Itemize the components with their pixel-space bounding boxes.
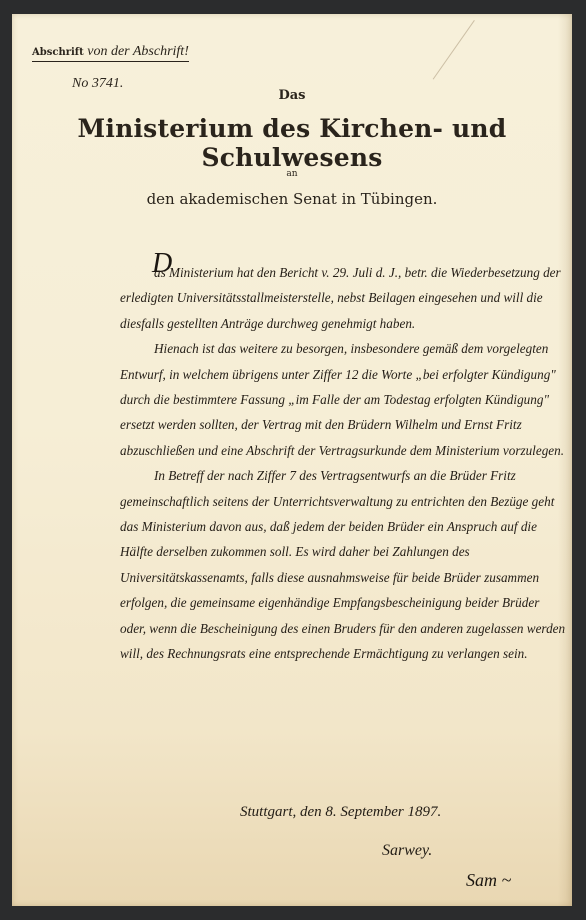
paraph-initials: Sam ~ [466, 870, 511, 891]
paper-crease [433, 20, 475, 80]
paragraph-2: Hienach ist das weitere zu besorgen, ins… [120, 336, 568, 463]
copy-stamp-label: Abschrift [32, 47, 84, 58]
signature: Sarwey. [382, 842, 432, 860]
paragraph-1: as Ministerium hat den Bericht v. 29. Ju… [120, 260, 568, 336]
place-and-date: Stuttgart, den 8. September 1897. [240, 804, 441, 821]
header-ministry-title: Ministerium des Kirchen- und Schulwesens [12, 114, 572, 172]
header-das: Das [12, 88, 572, 103]
copy-annotation: Abschrift von der Abschrift! [32, 44, 189, 62]
copy-handwritten-note: von der Abschrift! [84, 44, 189, 59]
header-an: an [12, 169, 572, 179]
letter-body: as Ministerium hat den Bericht v. 29. Ju… [120, 260, 568, 667]
paragraph-3: In Betreff der nach Ziffer 7 des Vertrag… [120, 463, 568, 666]
header-recipient: den akademischen Senat in Tübingen. [12, 190, 572, 208]
document-page: Abschrift von der Abschrift! No 3741. Da… [12, 14, 572, 906]
